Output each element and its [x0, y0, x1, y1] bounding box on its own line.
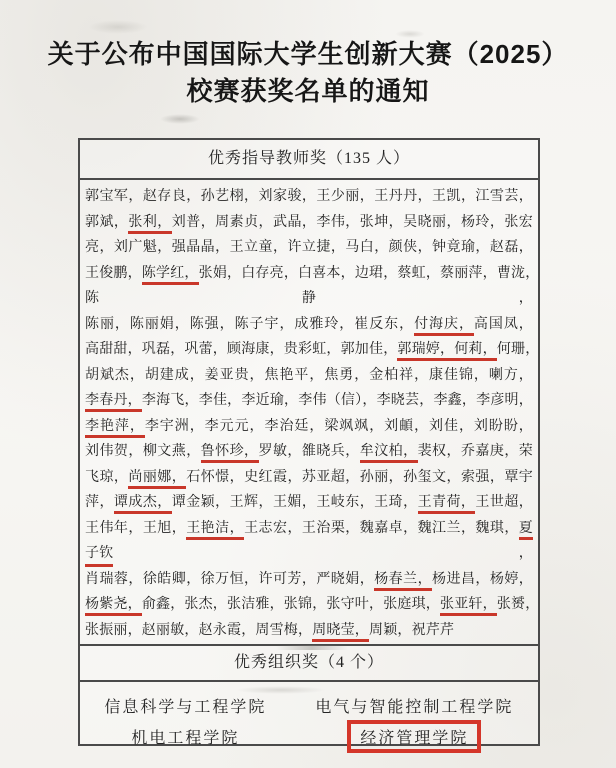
org-award-college: 电气与智能控制工程学院 — [315, 694, 513, 717]
name-text: 谭金颖，王辉，王媚，王岐东，王琦， — [172, 495, 418, 510]
name-list-line: 王俊鹏，陈学红，张娟，白存亮，白喜本，边珺，蔡虹，蔡丽萍，曹泷， — [85, 261, 533, 287]
name-list-line: 李艳萍，李宇洲，李元元，李治廷，梁飒飒，刘頔，刘佳，刘盼盼， — [85, 414, 533, 440]
name-text: 俞鑫，张杰，张洁雅，张锦，张守叶，张庭琪， — [142, 597, 440, 612]
name-text: ， — [519, 286, 533, 312]
red-underlined-name: 杨紫尧， — [85, 597, 142, 616]
red-underlined-name: 李艳萍， — [85, 419, 145, 438]
name-text: 张振丽，赵丽敏，赵永霞，周雪梅， — [85, 623, 312, 638]
red-underlined-name: 谭成杰， — [114, 495, 172, 514]
teacher-award-header: 优秀指导教师奖（135 人） — [80, 140, 538, 180]
name-text: 陈 — [85, 286, 99, 312]
name-text: 张赟， — [497, 597, 538, 612]
org-award-college-red-boxed: 经济管理学院 — [347, 720, 481, 753]
name-text: 杨进昌，杨婷， — [432, 572, 533, 587]
name-text: 张娟，白存亮，白喜本，边珺，蔡虹，蔡丽萍，曹泷， — [199, 266, 538, 281]
red-underlined-name: 张亚轩， — [440, 597, 497, 616]
name-text: 李宇洲，李元元，李治廷，梁飒飒，刘頔，刘佳，刘盼盼， — [145, 419, 533, 434]
name-text: 肖瑞蓉，徐皓卿，徐万恒，许可芳，严晓娟， — [85, 572, 374, 587]
red-underlined-name: 子钦 — [85, 541, 113, 567]
name-text: 刘普，周素贞，武晶，李伟，张坤，吴晓丽，杨玲，张宏 — [172, 215, 533, 230]
name-list-line: 王伟年，王旭，王艳洁，王志宏，王治栗，魏嘉卓，魏江兰，魏琪，夏 — [85, 516, 533, 542]
name-text: 郭斌， — [85, 215, 128, 230]
name-list-line: 张振丽，赵丽敏，赵永霞，周雪梅，周晓莹，周颖，祝芹芹 — [85, 618, 533, 644]
name-text: 裴权，乔嘉庚，荣 — [418, 444, 533, 459]
name-text: 飞琼， — [85, 470, 128, 485]
name-list-line: 飞琼，尚丽娜，石怀憬，史红霞，苏亚超，孙丽，孙玺文，索强，覃宇 — [85, 465, 533, 491]
scan-smudge — [88, 20, 148, 34]
red-underlined-name: 付海庆， — [414, 317, 474, 336]
red-underlined-name: 周晓莹， — [312, 623, 369, 642]
name-text: 王伟年，王旭， — [85, 521, 186, 536]
notice-title: 关于公布中国国际大学生创新大赛（2025） 校赛获奖名单的通知 — [0, 36, 616, 110]
org-award-grid: 信息科学与工程学院电气与智能控制工程学院机电工程学院经济管理学院 — [80, 682, 538, 752]
name-text: 高甜甜，巩磊，巩蕾，顾海康，贵彩虹，郭加佳， — [85, 342, 397, 357]
name-list-line: 郭宝军，赵存良，孙艺栩，刘家骏，王少丽，王丹丹，王凯，江雪芸， — [85, 184, 533, 210]
name-list-line: 刘伟贺，柳文燕，鲁怀珍，罗敏，雒晓兵，牟汶柏，裴权，乔嘉庚，荣 — [85, 439, 533, 465]
scan-smudge — [160, 114, 200, 124]
name-text: 何珊， — [497, 342, 538, 357]
name-list-line: 陈丽，陈丽娟，陈强，陈子宇，成雅玲，崔反东，付海庆，高国凤， — [85, 312, 533, 338]
red-underlined-name: 杨春兰， — [374, 572, 432, 591]
name-text: 石怀憬，史红霞，苏亚超，孙丽，孙玺文，索强，覃宇 — [186, 470, 533, 485]
name-list-line: 肖瑞蓉，徐皓卿，徐万恒，许可芳，严晓娟，杨春兰，杨进昌，杨婷， — [85, 567, 533, 593]
name-list-line: 郭斌，张利，刘普，周素贞，武晶，李伟，张坤，吴晓丽，杨玲，张宏 — [85, 210, 533, 236]
name-text: 刘伟贺，柳文燕， — [85, 444, 201, 459]
org-award-cell: 信息科学与工程学院 — [80, 690, 291, 721]
red-underlined-name: 王艳洁， — [186, 521, 244, 540]
red-underlined-name: 鲁怀珍， — [201, 444, 259, 463]
name-list-line: 陈静， — [85, 286, 533, 312]
teacher-name-list: 郭宝军，赵存良，孙艺栩，刘家骏，王少丽，王丹丹，王凯，江雪芸，郭斌，张利，刘普，… — [80, 180, 538, 644]
name-text: 高国凤， — [474, 317, 533, 332]
name-text: 王世超， — [475, 495, 533, 510]
notice-title-line2: 校赛获奖名单的通知 — [0, 73, 616, 110]
name-list-line: 胡斌杰，胡建成，姜亚贵，焦艳平，焦勇，金柏祥，康佳锦，喇方， — [85, 363, 533, 389]
org-award-header: 优秀组织奖（4 个） — [80, 644, 538, 682]
org-award-cell: 电气与智能控制工程学院 — [291, 690, 538, 721]
name-text: 陈丽，陈丽娟，陈强，陈子宇，成雅玲，崔反东， — [85, 317, 414, 332]
name-list-line: 李春丹，李海飞，李佳，李近瑜，李伟（信），李晓芸，李鑫，李彦明， — [85, 388, 533, 414]
name-text: 王志宏，王治栗，魏嘉卓，魏江兰，魏琪， — [244, 521, 519, 536]
name-text: 亮，刘广魁，强晶晶，王立童，许立捷，马白，颜侠，钟竟瑜，赵磊， — [85, 240, 533, 255]
name-list-line: 亮，刘广魁，强晶晶，王立童，许立捷，马白，颜侠，钟竟瑜，赵磊， — [85, 235, 533, 261]
name-text: ， — [519, 541, 533, 567]
org-award-cell: 经济管理学院 — [291, 721, 538, 752]
red-underlined-name: 陈学红， — [142, 266, 199, 285]
name-list-line: 高甜甜，巩磊，巩蕾，顾海康，贵彩虹，郭加佳，郭瑞婷，何莉，何珊， — [85, 337, 533, 363]
name-text: 郭宝军，赵存良，孙艺栩，刘家骏，王少丽，王丹丹，王凯，江雪芸， — [85, 189, 533, 204]
name-text: 萍， — [85, 495, 114, 510]
org-award-college: 机电工程学院 — [131, 725, 239, 748]
award-document-table: 优秀指导教师奖（135 人） 郭宝军，赵存良，孙艺栩，刘家骏，王少丽，王丹丹，王… — [78, 138, 540, 746]
name-text: 李海飞，李佳，李近瑜，李伟（信），李晓芸，李鑫，李彦明， — [142, 393, 533, 408]
red-underlined-name: 郭瑞婷， — [397, 342, 454, 361]
red-underlined-name: 尚丽娜， — [128, 470, 186, 489]
org-award-cell: 机电工程学院 — [80, 721, 291, 752]
notice-title-line1: 关于公布中国国际大学生创新大赛（2025） — [0, 36, 616, 73]
red-underlined-name: 牟汶柏， — [360, 444, 418, 463]
red-underlined-name: 张利， — [128, 215, 171, 234]
org-award-college: 信息科学与工程学院 — [104, 694, 266, 717]
name-list-line: 萍，谭成杰，谭金颖，王辉，王媚，王岐东，王琦，王青荷，王世超， — [85, 490, 533, 516]
name-text: 罗敏，雒晓兵， — [259, 444, 360, 459]
red-underlined-name: 王青荷， — [418, 495, 476, 514]
name-text: 胡斌杰，胡建成，姜亚贵，焦艳平，焦勇，金柏祥，康佳锦，喇方， — [85, 368, 533, 383]
name-list-line: 子钦， — [85, 541, 533, 567]
name-text: 周颖，祝芹芹 — [369, 623, 454, 638]
red-underlined-name: 夏 — [519, 521, 533, 540]
name-text: 王俊鹏， — [85, 266, 142, 281]
name-list-line: 杨紫尧，俞鑫，张杰，张洁雅，张锦，张守叶，张庭琪，张亚轩，张赟， — [85, 592, 533, 618]
name-text: 静 — [302, 286, 316, 312]
red-underlined-name: 何莉， — [454, 342, 497, 361]
red-underlined-name: 李春丹， — [85, 393, 142, 412]
